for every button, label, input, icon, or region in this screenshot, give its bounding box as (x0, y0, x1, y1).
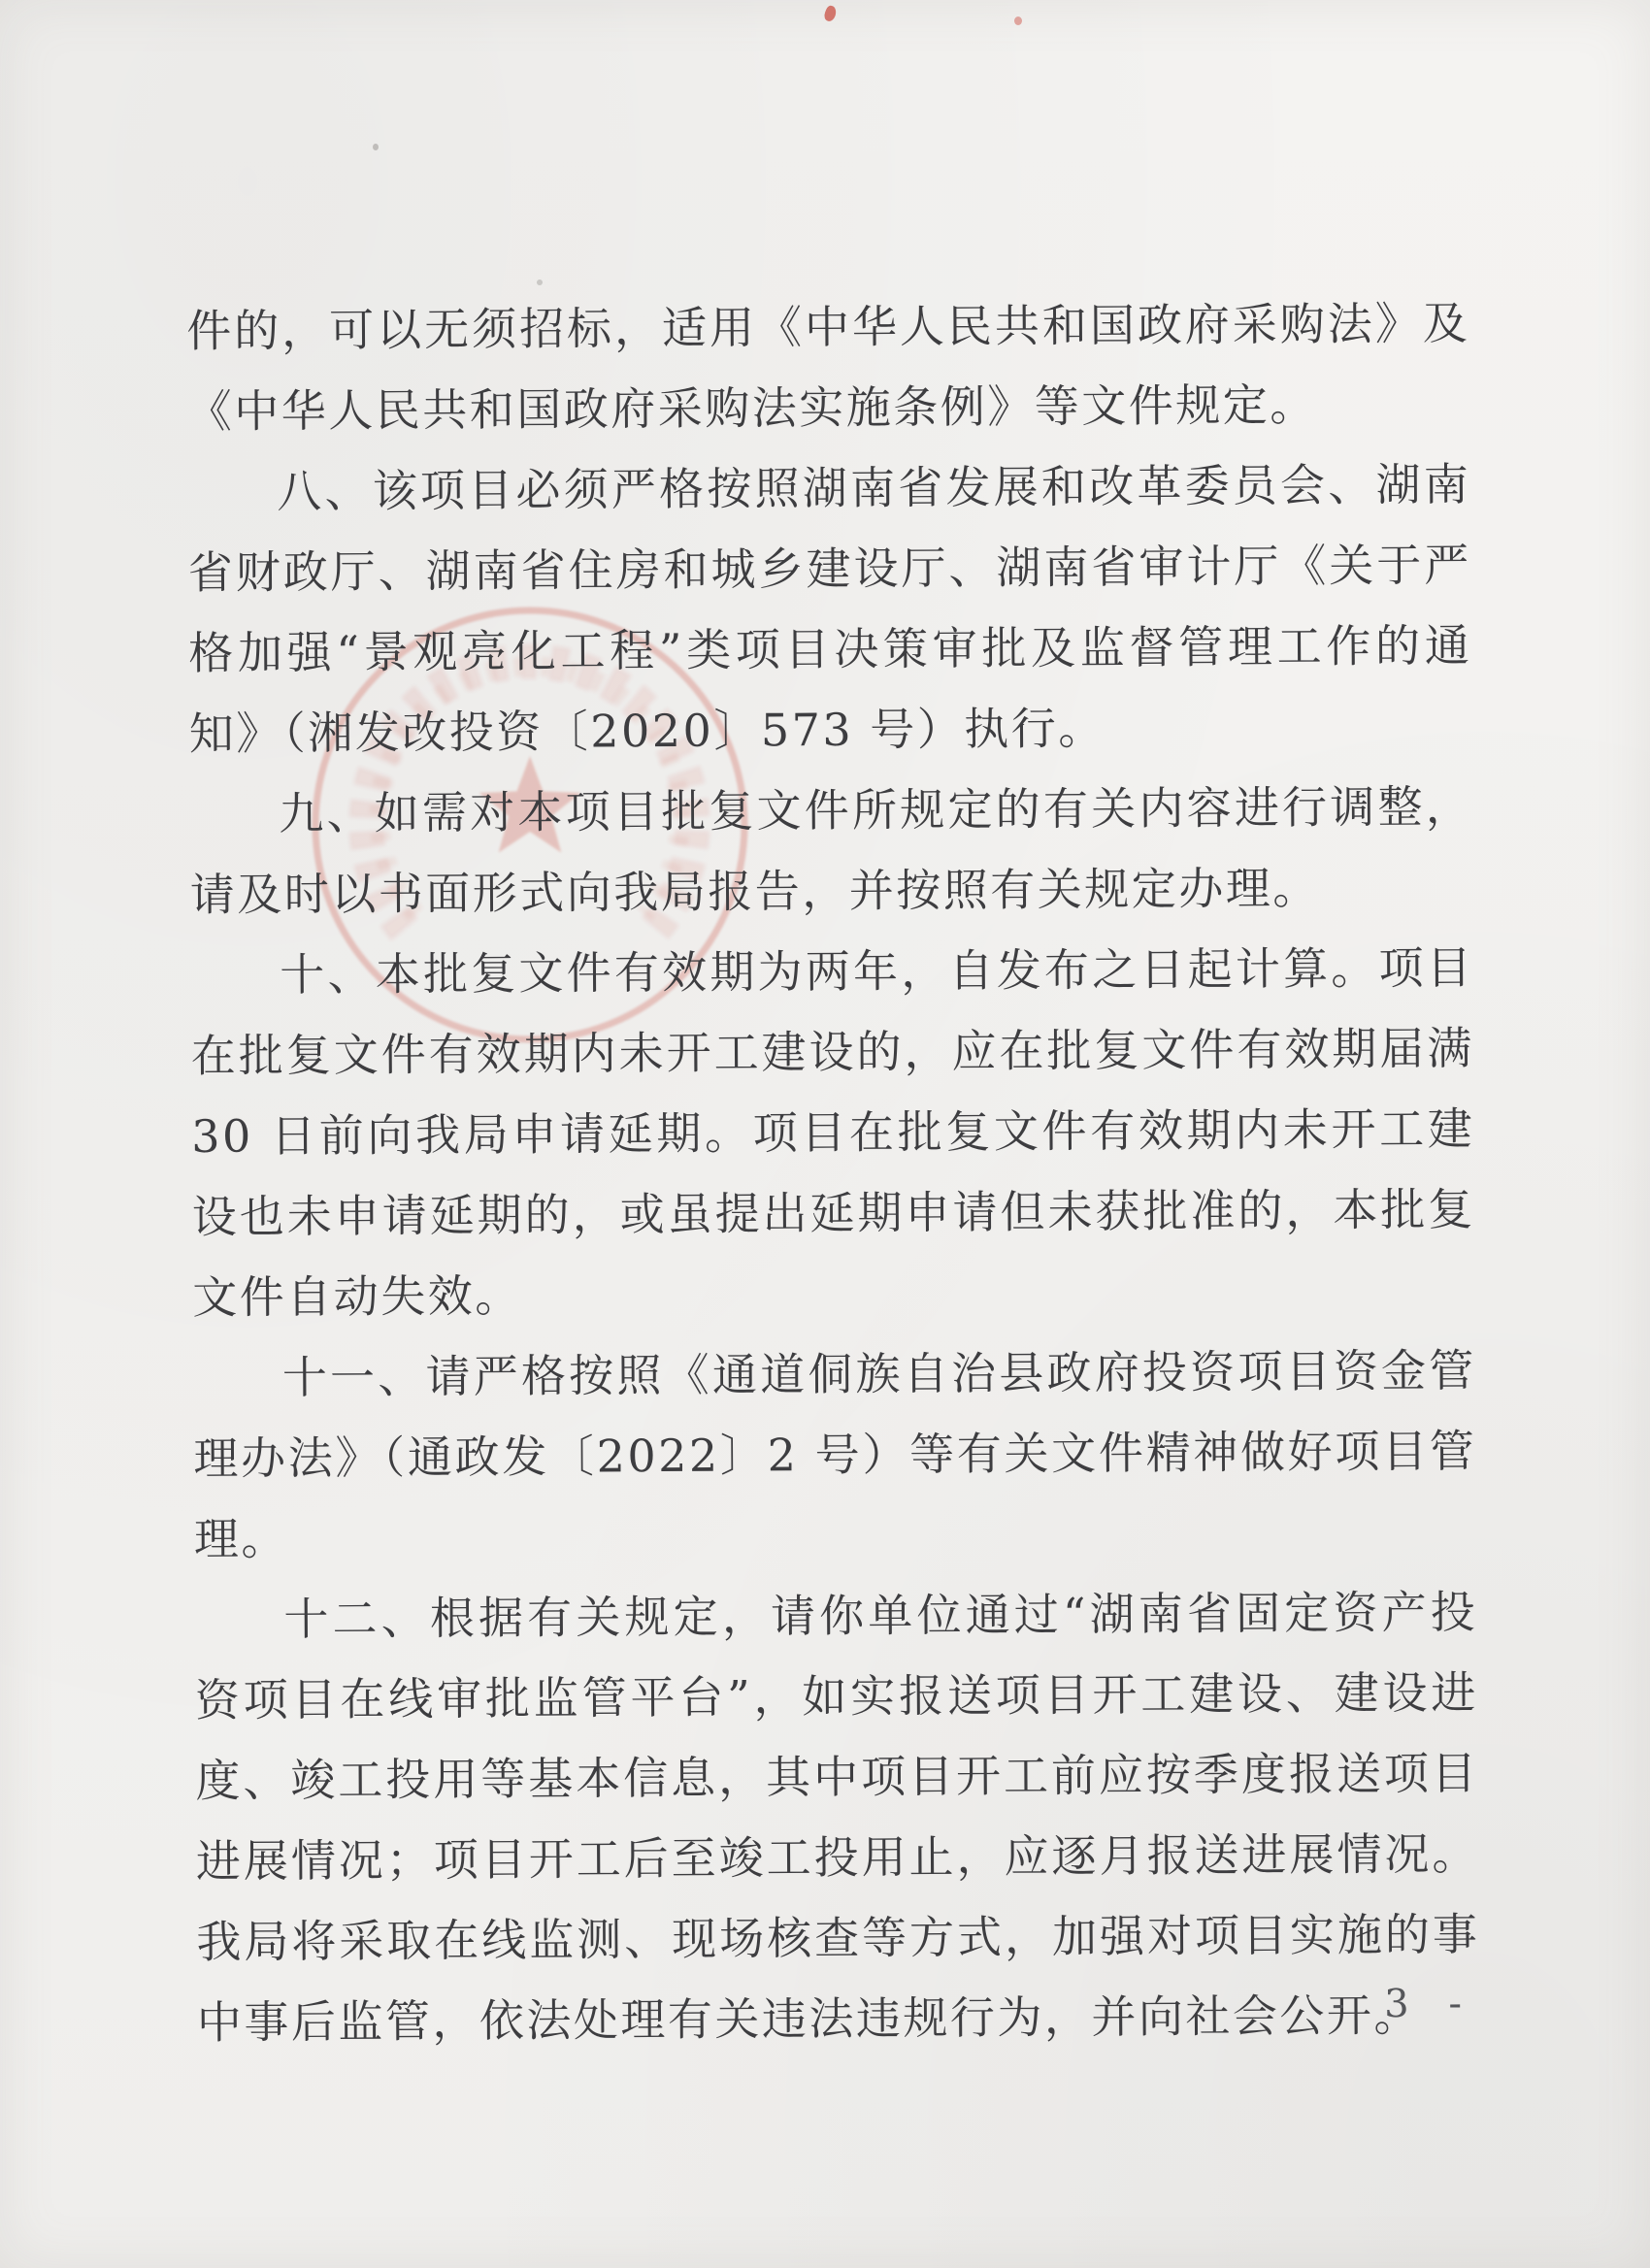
gray-scan-speck (373, 144, 379, 150)
paragraph-item-12: 十二、根据有关规定，请你单位通过“湖南省固定资产投资项目在线审批监管平台”，如实… (194, 1572, 1480, 2063)
page-number: - 3 - (1332, 1982, 1475, 2027)
paragraph-item-9: 九、如需对本项目批复文件所规定的有关内容进行调整，请及时以书面形式向我局报告，并… (189, 767, 1473, 936)
red-scan-artifact (1014, 16, 1022, 25)
red-scan-artifact (823, 5, 839, 23)
gray-scan-speck (537, 279, 543, 285)
paragraph-continuation: 件的，可以无须招标，适用《中华人民共和国政府采购法》及《中华人民共和国政府采购法… (186, 283, 1470, 452)
paragraph-item-8: 八、该项目必须严格按照湖南省发展和改革委员会、湖南省财政厅、湖南省住房和城乡建设… (187, 444, 1472, 774)
paragraph-item-10: 十、本批复文件有效期为两年，自发布之日起计算。项目在批复文件有效期内未开工建设的… (190, 928, 1476, 1338)
paragraph-item-11: 十一、请严格按照《通道侗族自治县政府投资项目资金管理办法》（通政发〔2022〕2… (193, 1331, 1477, 1580)
document-body: 件的，可以无须招标，适用《中华人民共和国政府采购法》及《中华人民共和国政府采购法… (186, 283, 1480, 2063)
document-page: 件的，可以无须招标，适用《中华人民共和国政府采购法》及《中华人民共和国政府采购法… (0, 0, 1650, 2268)
